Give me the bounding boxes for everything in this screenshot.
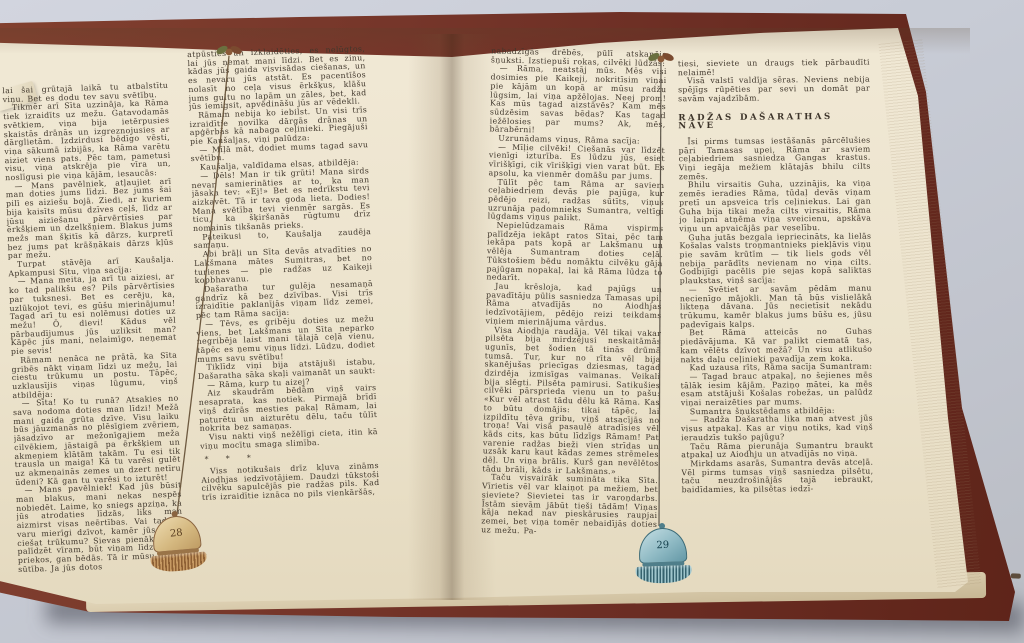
left-page-column-1: lai šai grūtajā laikā tu atbalstītu viņu… bbox=[2, 82, 184, 575]
paragraph: — Mans pavēlniek, atļaujiet arī man doti… bbox=[5, 177, 174, 261]
page-number-bell-left: 28 bbox=[144, 508, 209, 573]
book-photo: lai šai grūtajā laikā tu atbalstītu viņu… bbox=[0, 0, 1024, 643]
paragraph: — Sīta! Ko tu runā? Atsakies no sava nod… bbox=[13, 395, 182, 487]
paragraph: Jau krēsloja, kad pajūgs un pavadītāju p… bbox=[485, 282, 662, 329]
bell-tassel-icon bbox=[635, 565, 692, 584]
paragraph: Tikmēr arī Sīta uzzināja, ka Rāma tiek i… bbox=[3, 99, 172, 183]
page-number-left: 28 bbox=[170, 527, 184, 539]
right-page: nabadzīgās drēbēs, pūlī atskanēja šņukst… bbox=[449, 22, 974, 603]
paragraph: Visa Aiodhja raudāja. Vēl tikai vakar pi… bbox=[482, 326, 661, 478]
chapter-heading: RADŽAS DAŠARATHAS NĀVE bbox=[678, 112, 870, 131]
paragraph: — Mīļie cilvēki! Ciešanās var līdzēt vie… bbox=[488, 143, 665, 181]
bell-dome-icon: 29 bbox=[638, 527, 687, 564]
paragraph: — Radža Dašaratha lika man atvest jūs vi… bbox=[681, 415, 873, 443]
paragraph: Tūlīt pēc tam Rāma ar saviem ceļabiedrie… bbox=[488, 178, 665, 225]
paragraph: Rāmam nenāca ne prātā, ka Sīta gribēs nā… bbox=[11, 351, 178, 400]
paragraph: Visā valstī valdīja sēras. Neviens nebij… bbox=[678, 76, 870, 104]
right-page-column-2: tiesi, sieviete un draugs tiek pārbaudīt… bbox=[678, 59, 874, 563]
paragraph: — Rāma, neatstāj mūs. Mēs visi dosimies … bbox=[489, 65, 666, 138]
paragraph: Mirkdams asarās, Sumantra devās atceļā. … bbox=[681, 459, 873, 495]
paragraph: Bhilu virsaitis Guha, uzzinājis, ka viņa… bbox=[679, 180, 871, 234]
paragraph: Bet Rāma atteicās no Guhas piedāvājuma. … bbox=[680, 328, 872, 364]
paragraph: atpūsties un izklaidēties, es nelūgtos, … bbox=[187, 45, 367, 112]
paragraph: — Tagad brauc atpakaļ, no šejienes mēs t… bbox=[681, 372, 873, 408]
paragraph: — Tēvs, es gribēju doties uz mežu viens,… bbox=[196, 315, 375, 364]
paragraph: Guha jutās bezgala iepriecināts, ka liel… bbox=[679, 232, 871, 286]
left-page: lai šai grūtajā laikā tu atbalstītu viņu… bbox=[0, 29, 461, 610]
paragraph: Aiz skaudrām bēdām viņš vairs nesaprata,… bbox=[198, 384, 377, 433]
page-number-bell-right: 29 bbox=[632, 522, 694, 584]
paragraph: Īsi pirms tumsas iestāšanās pārcēlušies … bbox=[678, 137, 870, 182]
paragraph: Viss notikušais drīz kļuva zināms Aiodhj… bbox=[201, 462, 380, 503]
paragraph: Nepielūdzamais Rāma vispirms palīdzēja i… bbox=[486, 221, 663, 286]
edge-illustration-mark bbox=[1011, 573, 1021, 578]
paragraph: — Dēls! Man ir tik grūti! Mana sirds nev… bbox=[191, 167, 371, 234]
left-page-column-2: atpūsties un izklaidēties, es nelūgtos, … bbox=[187, 45, 382, 575]
paragraph: — Mana meita, ja arī tu aiziesi, ar ko t… bbox=[9, 273, 178, 357]
right-page-column-2-top: tiesi, sieviete un draugs tiek pārbaudīt… bbox=[678, 59, 870, 104]
page-number-right: 29 bbox=[656, 540, 669, 551]
bell-dome-icon: 28 bbox=[151, 514, 202, 553]
right-page-column-2-bottom: Īsi pirms tumsas iestāšanās pārcēlušies … bbox=[678, 137, 873, 495]
right-page-column-1: nabadzīgās drēbēs, pūlī atskanēja šņukst… bbox=[481, 47, 668, 557]
paragraph: — Svētiet ar savām pēdām manu necienīgo … bbox=[680, 284, 872, 329]
